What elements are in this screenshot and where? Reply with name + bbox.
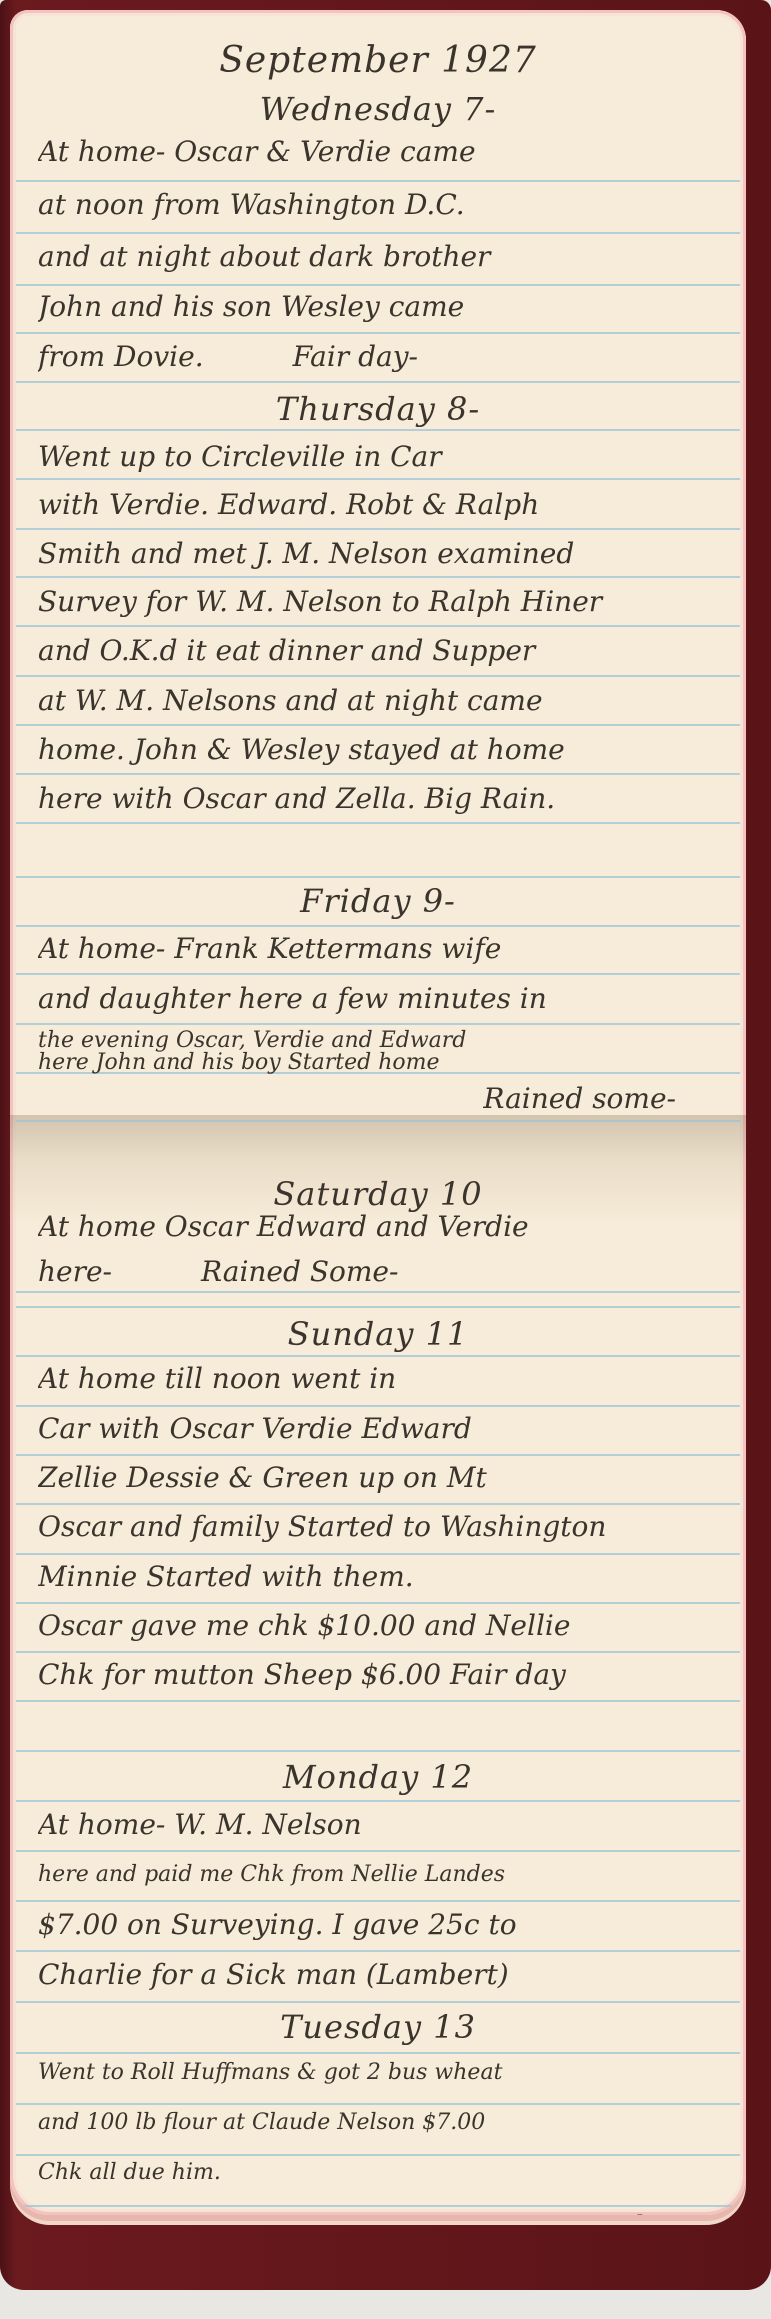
entry-line: Minnie Started with them. — [38, 1560, 716, 1593]
entry-line: Car with Oscar Verdie Edward — [38, 1412, 716, 1445]
rule-line — [16, 528, 740, 530]
rule-line — [16, 1503, 740, 1505]
diary-cover: September 1927 Wednesday 7- At home- Osc… — [0, 0, 771, 2290]
entry-line: Survey for W. M. Nelson to Ralph Hiner — [38, 585, 716, 618]
entry-line: and 100 lb flour at Claude Nelson $7.00 — [38, 2110, 716, 2135]
entry-line: Zellie Dessie & Green up on Mt — [38, 1461, 716, 1494]
entry-line: and at night about dark brother — [38, 240, 716, 273]
entry-weather: Fair day — [38, 2210, 716, 2215]
entry-line: $7.00 on Surveying. I gave 25c to — [38, 1908, 716, 1941]
rule-line — [16, 478, 740, 480]
rule-line — [16, 625, 740, 627]
rule-line — [16, 429, 740, 431]
entry-line: Smith and met J. M. Nelson examined — [38, 537, 716, 570]
entry-line: Went to Roll Huffmans & got 2 bus wheat — [38, 2060, 716, 2085]
rule-line — [16, 1850, 740, 1852]
entry-line: Oscar gave me chk $10.00 and Nellie — [38, 1609, 716, 1642]
rule-line — [16, 1405, 740, 1407]
rule-line — [16, 1750, 740, 1752]
entry-line: and daughter here a few minutes in — [38, 982, 716, 1015]
entry-day-heading: Wednesday 7- — [10, 90, 746, 128]
entry-line: with Verdie. Edward. Robt & Ralph — [38, 488, 716, 521]
entry-line: At home- W. M. Nelson — [38, 1808, 716, 1841]
rule-line — [16, 1291, 740, 1293]
entry-line: Charlie for a Sick man (Lambert) — [38, 1958, 716, 1991]
entry-line: Chk for mutton Sheep $6.00 Fair day — [38, 1658, 716, 1691]
rule-line — [16, 576, 740, 578]
rule-line — [16, 2001, 740, 2003]
rule-line — [16, 1950, 740, 1952]
entry-line: At home Oscar Edward and Verdie — [38, 1210, 716, 1243]
entry-line: At home- Frank Kettermans wife — [38, 932, 716, 965]
page-title: September 1927 — [10, 40, 746, 81]
rule-line — [16, 925, 740, 927]
rule-line — [16, 724, 740, 726]
entry-day-heading: Monday 12 — [10, 1758, 746, 1796]
rule-line — [16, 1306, 740, 1308]
rule-line — [16, 332, 740, 334]
rule-line — [16, 232, 740, 234]
entry-day-heading: Sunday 11 — [10, 1315, 746, 1353]
entry-line: John and his son Wesley came — [38, 290, 716, 323]
rule-line — [16, 1700, 740, 1702]
rule-line — [16, 822, 740, 824]
rule-line — [16, 1800, 740, 1802]
rule-line — [16, 1023, 740, 1025]
rule-line — [16, 675, 740, 677]
rule-line — [16, 284, 740, 286]
entry-line: Went up to Circleville in Car — [38, 440, 716, 473]
entry-line: Chk all due him. — [38, 2160, 716, 2185]
entry-line: at W. M. Nelsons and at night came — [38, 684, 716, 717]
rule-line — [16, 1602, 740, 1604]
rule-line — [16, 1900, 740, 1902]
rule-line — [16, 381, 740, 383]
entry-line: here John and his boy Started home — [38, 1050, 716, 1075]
rule-line — [16, 1355, 740, 1357]
rule-line — [16, 2154, 740, 2156]
rule-line — [16, 1553, 740, 1555]
rule-line — [16, 180, 740, 182]
rule-line — [16, 876, 740, 878]
entry-line: and O.K.d it eat dinner and Supper — [38, 634, 716, 667]
entry-weather: Rained some- — [38, 1082, 716, 1115]
entry-line: at noon from Washington D.C. — [38, 188, 716, 221]
entry-line: At home- Oscar & Verdie came — [38, 135, 716, 168]
entry-day-heading: Tuesday 13 — [10, 2008, 746, 2046]
rule-line — [16, 2052, 740, 2054]
diary-page: September 1927 Wednesday 7- At home- Osc… — [10, 10, 746, 2215]
entry-line: Oscar and family Started to Washington — [38, 1510, 716, 1543]
rule-line — [16, 2205, 740, 2207]
entry-day-heading: Saturday 10 — [10, 1175, 746, 1213]
entry-line: here and paid me Chk from Nellie Landes — [38, 1862, 716, 1887]
entry-line: here- Rained Some- — [38, 1255, 716, 1288]
rule-line — [16, 773, 740, 775]
entry-line: here with Oscar and Zella. Big Rain. — [38, 782, 716, 815]
entry-day-heading: Friday 9- — [10, 882, 746, 920]
entry-day-heading: Thursday 8- — [10, 390, 746, 428]
entry-line: from Dovie. Fair day- — [38, 340, 716, 373]
rule-line — [16, 2103, 740, 2105]
rule-line — [16, 1120, 740, 1122]
rule-line — [16, 973, 740, 975]
entry-line: At home till noon went in — [38, 1362, 716, 1395]
rule-line — [16, 1454, 740, 1456]
rule-line — [16, 1651, 740, 1653]
entry-line: home. John & Wesley stayed at home — [38, 733, 716, 766]
